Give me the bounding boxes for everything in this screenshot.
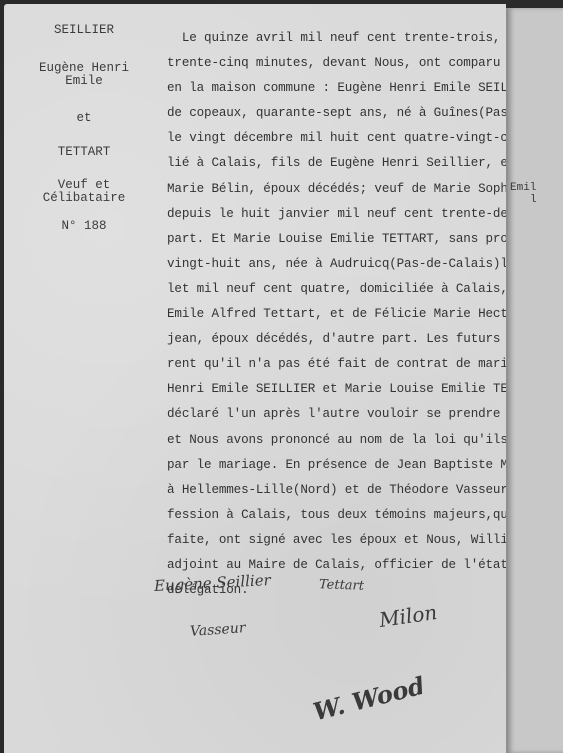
adjacent-page-text: Emil l <box>510 182 537 206</box>
text-line: part. Et Marie Louise Emilie TETTART, sa… <box>167 227 512 252</box>
text-line: le vingt décembre mil huit cent quatre-v… <box>167 126 512 151</box>
text-line: jean, époux décédés, d'autre part. Les f… <box>167 327 512 352</box>
groom-surname: SEILLIER <box>4 24 164 37</box>
marital-status-2: Célibataire <box>4 192 164 205</box>
bride-surname: TETTART <box>4 146 164 159</box>
record-number: N° 188 <box>4 220 164 233</box>
text-line: faite, ont signé avec les époux et Nous,… <box>167 528 512 553</box>
groom-given-names-2: Emile <box>4 75 164 88</box>
text-line: Henri Emile SEILLIER et Marie Louise Emi… <box>167 377 512 402</box>
register-page: SEILLIER Eugène Henri Emile et TETTART V… <box>4 4 506 753</box>
text-line: en la maison commune : Eugène Henri Emil… <box>167 76 512 101</box>
text-line: déclaré l'un après l'autre vouloir se pr… <box>167 402 512 427</box>
adjacent-page-edge: Emil l <box>506 8 563 753</box>
text-line: trente-cinq minutes, devant Nous, ont co… <box>167 51 512 76</box>
marriage-act-text: Le quinze avril mil neuf cent trente-tro… <box>167 26 512 603</box>
text-line: let mil neuf cent quatre, domiciliée à C… <box>167 277 512 302</box>
signature-milon: Milon <box>378 600 439 632</box>
text-line: lié à Calais, fils de Eugène Henri Seill… <box>167 151 512 176</box>
text-line: et Nous avons prononcé au nom de la loi … <box>167 428 512 453</box>
text-line: rent qu'il n'a pas été fait de contrat d… <box>167 352 512 377</box>
text-line: vingt-huit ans, née à Audruicq(Pas-de-Ca… <box>167 252 512 277</box>
text-line: de copeaux, quarante-sept ans, né à Guîn… <box>167 101 512 126</box>
adjacent-text-line: l <box>510 194 537 206</box>
text-line: depuis le huit janvier mil neuf cent tre… <box>167 202 512 227</box>
text-line: Emile Alfred Tettart, et de Félicie Mari… <box>167 302 512 327</box>
signature-officer: W. Wood <box>310 671 427 727</box>
signature-vasseur: Vasseur <box>190 620 247 640</box>
text-line: à Hellemmes-Lille(Nord) et de Théodore V… <box>167 478 512 503</box>
signature-bride: Tettart <box>319 577 364 594</box>
adjacent-text-line: Emil <box>510 182 537 194</box>
conjunction: et <box>4 112 164 125</box>
text-line: fession à Calais, tous deux témoins maje… <box>167 503 512 528</box>
text-line: par le mariage. En présence de Jean Bapt… <box>167 453 512 478</box>
text-line: Marie Bélin, époux décédés; veuf de Mari… <box>167 177 512 202</box>
text-line: Le quinze avril mil neuf cent trente-tro… <box>167 26 512 51</box>
